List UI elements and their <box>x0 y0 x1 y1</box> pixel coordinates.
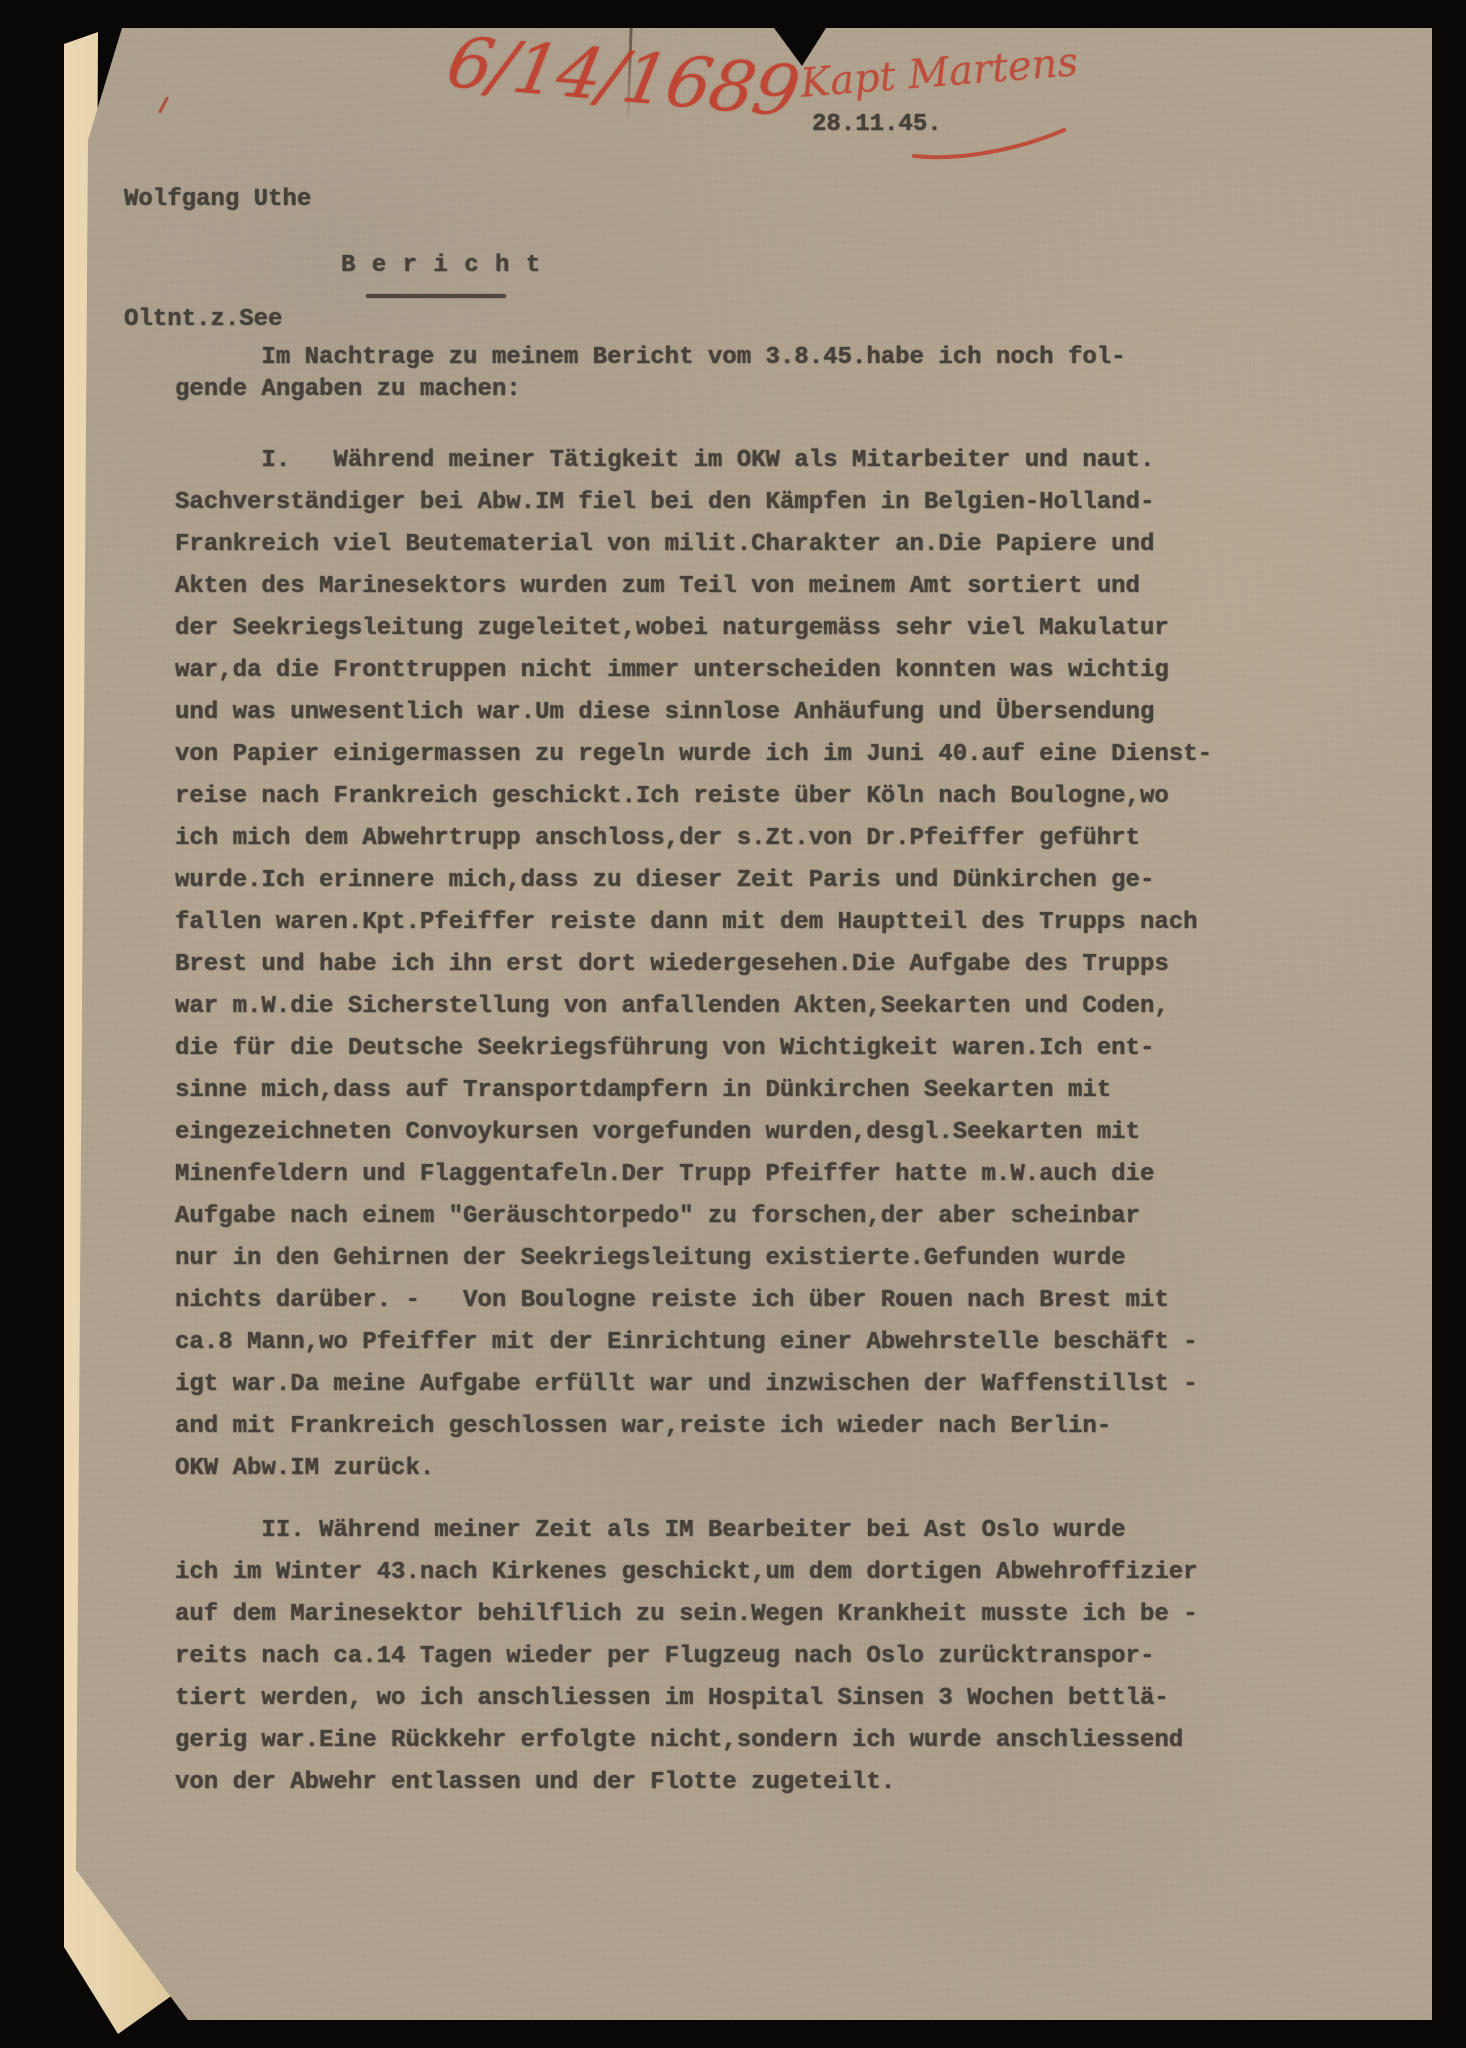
typed-line: fallen waren.Kpt.Pfeiffer reiste dann mi… <box>175 902 1212 944</box>
typed-line: sinne mich,dass auf Transportdampfern in… <box>175 1070 1212 1112</box>
typed-line: nichts darüber. - Von Boulogne reiste ic… <box>175 1280 1212 1322</box>
typed-line: igt war.Da meine Aufgabe erfüllt war und… <box>175 1364 1212 1406</box>
title-underline <box>366 294 506 298</box>
author-name: Wolfgang Uthe <box>124 180 311 220</box>
section-2-paragraph: II. Während meiner Zeit als IM Bearbeite… <box>175 1510 1198 1804</box>
intro-paragraph: Im Nachtrage zu meinem Bericht vom 3.8.4… <box>175 342 1126 406</box>
typed-line: ca.8 Mann,wo Pfeiffer mit der Einrichtun… <box>175 1322 1212 1364</box>
typed-line: auf dem Marinesektor behilflich zu sein.… <box>175 1594 1198 1636</box>
typed-line: Brest und habe ich ihn erst dort wiederg… <box>175 944 1212 986</box>
scanned-page-background: Wolfgang Uthe Oltnt.z.See 6/14/1689 Kapt… <box>0 0 1466 2048</box>
section-1-paragraph: I. Während meiner Tätigkeit im OKW als M… <box>175 440 1212 1490</box>
typed-line: Aufgabe nach einem "Geräuschtorpedo" zu … <box>175 1196 1212 1238</box>
typed-line: OKW Abw.IM zurück. <box>175 1448 1212 1490</box>
typed-line: gende Angaben zu machen: <box>175 374 1126 406</box>
typed-line: Minenfeldern und Flaggentafeln.Der Trupp… <box>175 1154 1212 1196</box>
typed-line: von der Abwehr entlassen und der Flotte … <box>175 1762 1198 1804</box>
typed-line: I. Während meiner Tätigkeit im OKW als M… <box>175 440 1212 482</box>
typed-line: and mit Frankreich geschlossen war,reist… <box>175 1406 1212 1448</box>
typed-line: der Seekriegsleitung zugeleitet,wobei na… <box>175 608 1212 650</box>
typed-line: Frankreich viel Beutematerial von milit.… <box>175 524 1212 566</box>
typed-line: wurde.Ich erinnere mich,dass zu dieser Z… <box>175 860 1212 902</box>
typed-line: ich im Winter 43.nach Kirkenes geschickt… <box>175 1552 1198 1594</box>
typed-line: ich mich dem Abwehrtrupp anschloss,der s… <box>175 818 1212 860</box>
typed-line: tiert werden, wo ich anschliessen im Hos… <box>175 1678 1198 1720</box>
red-underline-swoosh <box>910 126 1070 166</box>
typed-line: Im Nachtrage zu meinem Bericht vom 3.8.4… <box>175 342 1126 374</box>
typed-line: nur in den Gehirnen der Seekriegsleitung… <box>175 1238 1212 1280</box>
typed-line: II. Während meiner Zeit als IM Bearbeite… <box>175 1510 1198 1552</box>
report-title: B e r i c h t <box>341 252 541 280</box>
typed-line: reise nach Frankreich geschickt.Ich reis… <box>175 776 1212 818</box>
typed-line: war,da die Fronttruppen nicht immer unte… <box>175 650 1212 692</box>
typed-line: die für die Deutsche Seekriegsführung vo… <box>175 1028 1212 1070</box>
typed-line: von Papier einigermassen zu regeln wurde… <box>175 734 1212 776</box>
typed-line: gerig war.Eine Rückkehr erfolgte nicht,s… <box>175 1720 1198 1762</box>
typed-line: war m.W.die Sicherstellung von anfallend… <box>175 986 1212 1028</box>
typed-line: Sachverständiger bei Abw.IM fiel bei den… <box>175 482 1212 524</box>
typed-line: Akten des Marinesektors wurden zum Teil … <box>175 566 1212 608</box>
typed-line: eingezeichneten Convoykursen vorgefunden… <box>175 1112 1212 1154</box>
author-rank: Oltnt.z.See <box>124 300 311 340</box>
typed-line: und was unwesentlich war.Um diese sinnlo… <box>175 692 1212 734</box>
typed-line: reits nach ca.14 Tagen wieder per Flugze… <box>175 1636 1198 1678</box>
